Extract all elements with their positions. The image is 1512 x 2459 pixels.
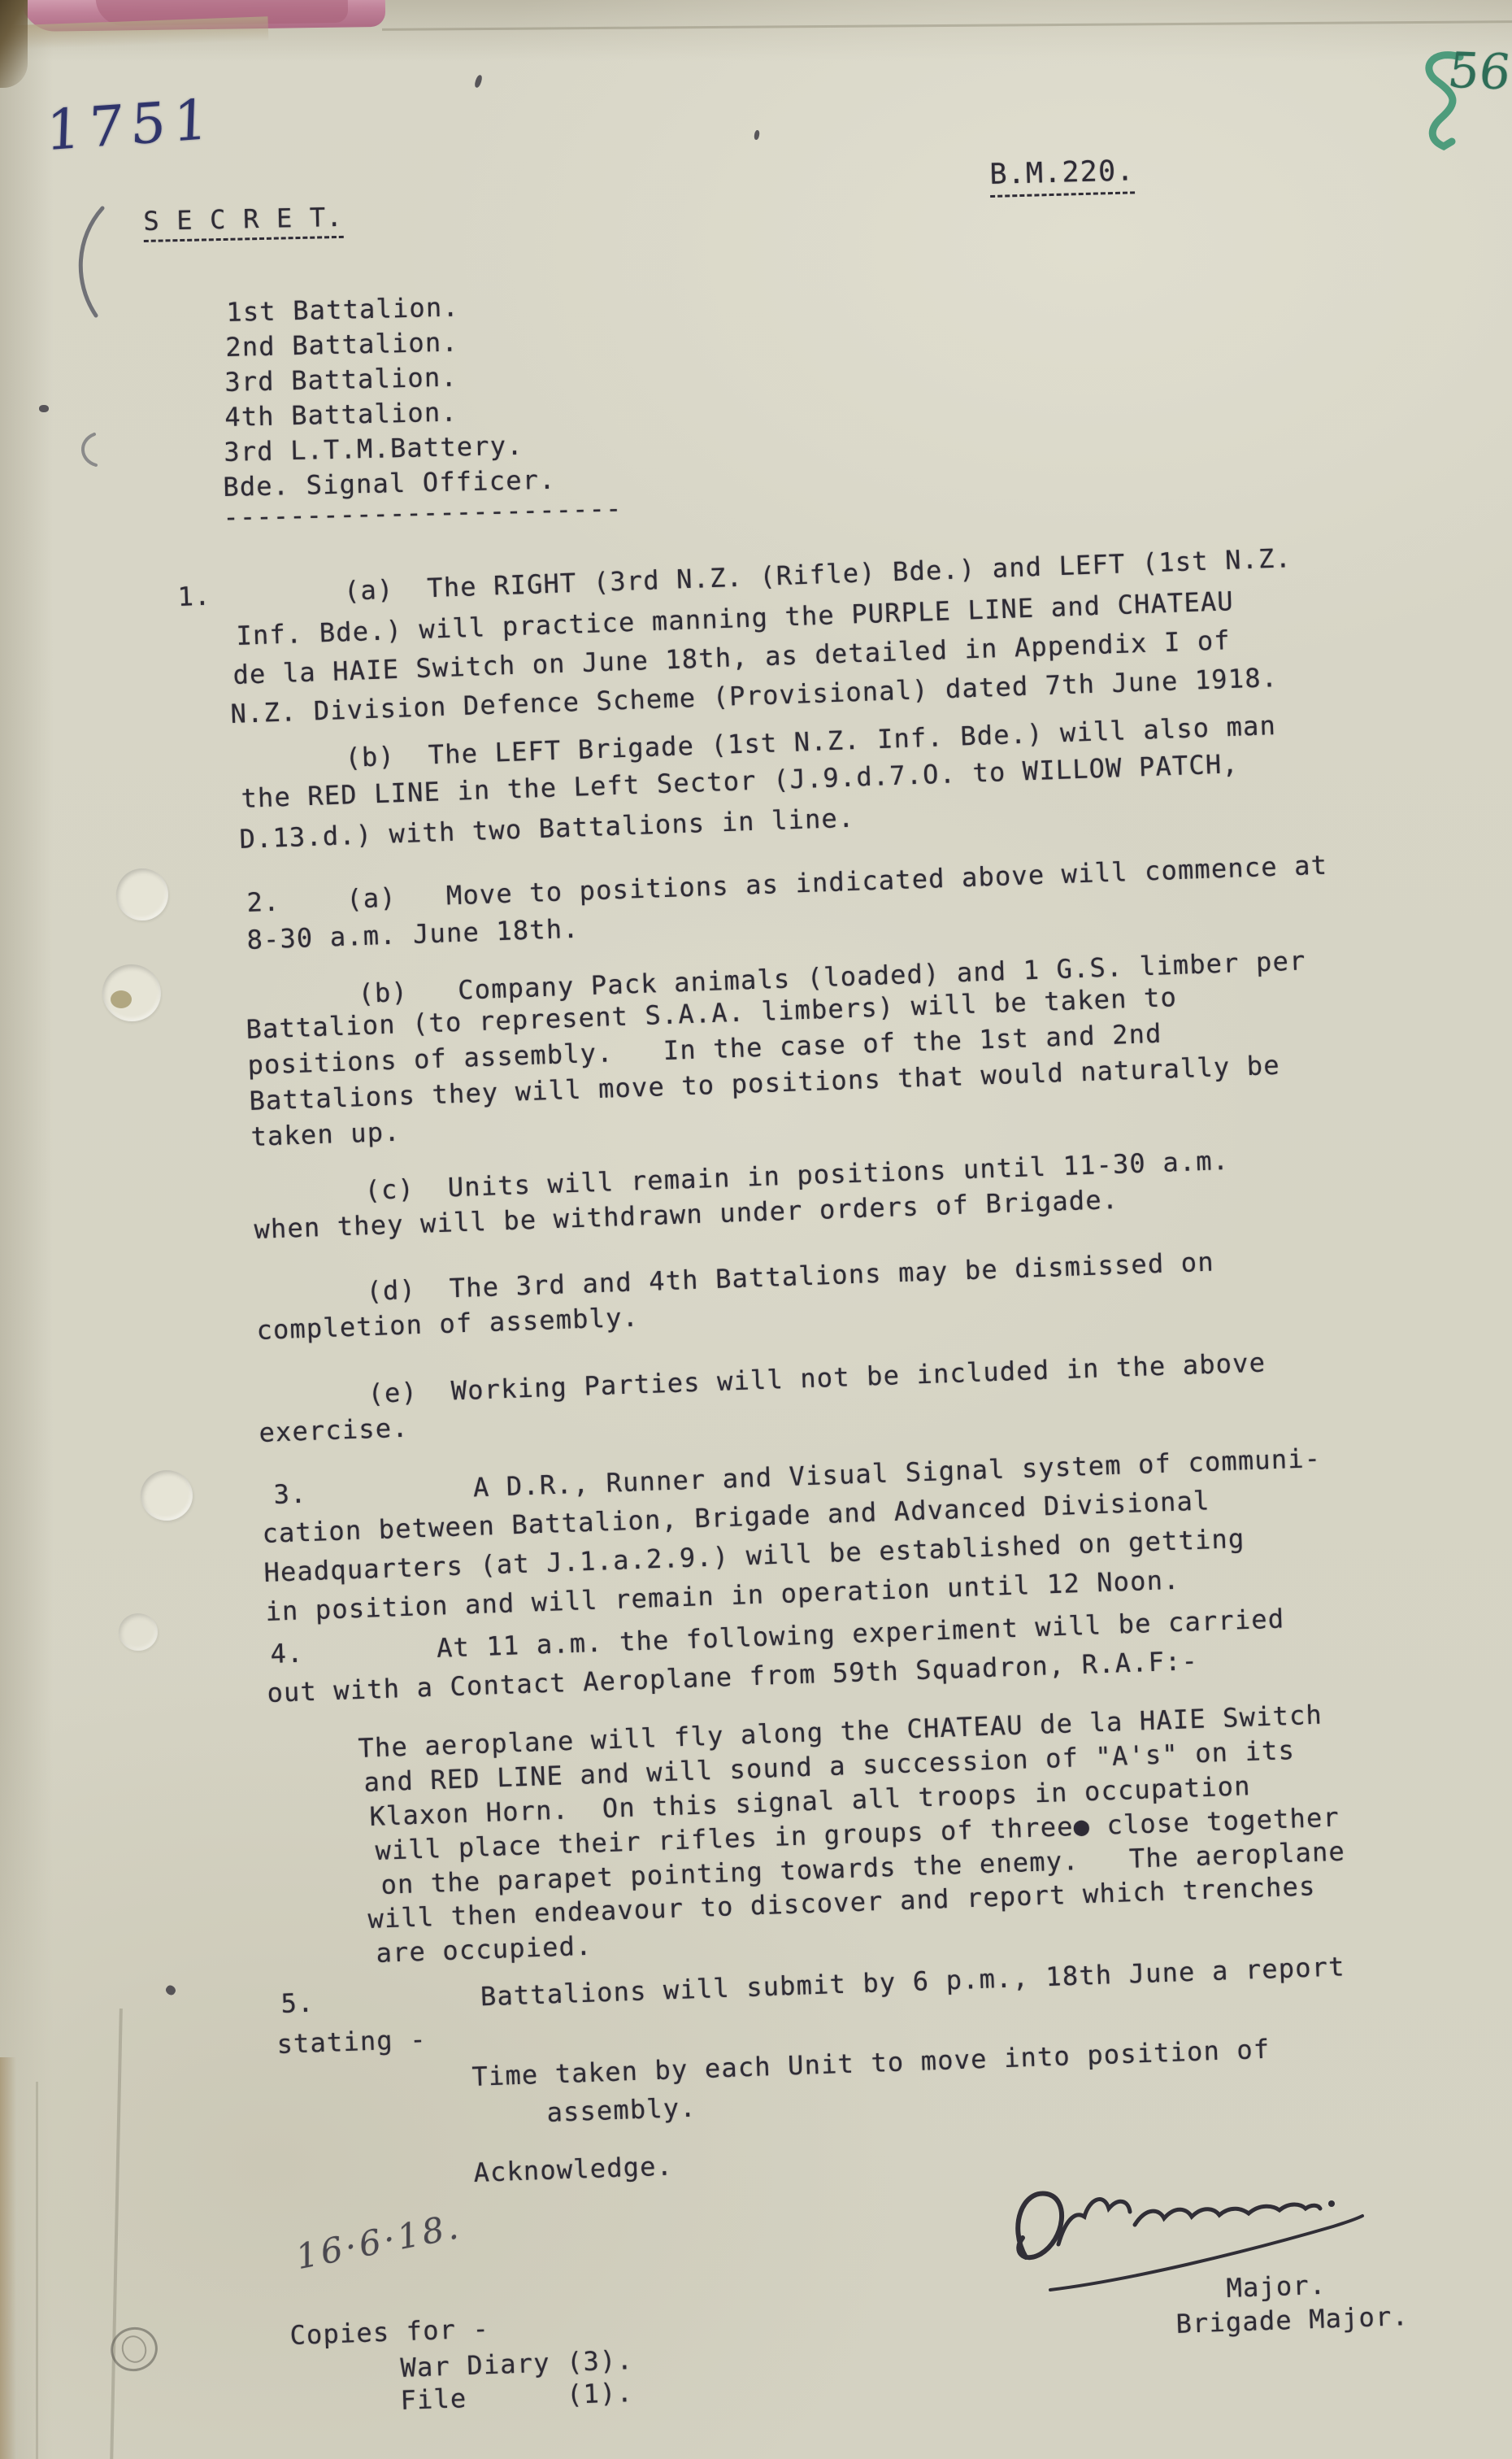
copies-label: Copies for - [289, 2315, 490, 2348]
distribution-4: 4th Battalion. [224, 398, 458, 429]
classification: S E C R E T. [143, 204, 343, 242]
distribution-3: 3rd Battalion. [224, 363, 458, 394]
paper-crease [36, 2082, 38, 2459]
distribution-5: 3rd L.T.M.Battery. [224, 433, 524, 465]
para-5-line-2: stating - [276, 2026, 427, 2057]
distribution-rule: ------------------------ [223, 495, 623, 530]
paper-crease [110, 2009, 123, 2459]
ink-speck [754, 130, 760, 141]
para-2e-line-2: exercise. [259, 1415, 409, 1446]
pen-parenthesis-mark [65, 203, 114, 325]
title: Brigade Major. [1175, 2303, 1409, 2337]
copies-entry-1: War Diary (3). [400, 2347, 633, 2381]
paper-top-edge [382, 20, 1512, 31]
ink-speck [39, 405, 49, 412]
para-5-line-3: Time taken by each Unit to move into pos… [471, 2036, 1271, 2090]
rank: Major. [1226, 2272, 1327, 2301]
distribution-2: 2nd Battalion. [225, 329, 458, 359]
document-page: S E C R E T.B.M.220.1st Battalion.2nd Ba… [0, 0, 1512, 2459]
scan-corner-shadow [0, 0, 28, 88]
punch-hole [141, 1470, 193, 1521]
para-2a-line-2: 8-30 a.m. June 18th. [246, 916, 580, 953]
para-1b-line-3: D.13.d.) with two Battalions in line. [239, 805, 855, 852]
handwritten-date: 16·6·18. [293, 2206, 464, 2277]
copies-entry-2: File (1). [400, 2379, 633, 2413]
para-2d-line-1: (d) The 3rd and 4th Battalions may be di… [366, 1249, 1214, 1304]
paper-left-edge [0, 2057, 16, 2459]
para-2a-line-1: 2. (a) Move to positions as indicated ab… [246, 852, 1328, 916]
distribution-1: 1st Battalion. [226, 294, 459, 324]
ink-speck [474, 74, 484, 88]
para-2b-line-5: taken up. [250, 1119, 401, 1150]
para-2e-line-1: (e) Working Parties will not be included… [367, 1349, 1267, 1407]
pen-hook-mark [75, 431, 104, 472]
signature-d-e-brunner [984, 2161, 1406, 2304]
para-4-body-7: are occupied. [376, 1933, 593, 1966]
handwritten-page-number: 56 [1445, 42, 1512, 101]
acknowledge: Acknowledge. [473, 2152, 674, 2186]
punch-hole [119, 1613, 158, 1651]
reference: B.M.220. [989, 157, 1135, 198]
handwritten-file-number: 1751 [45, 87, 216, 163]
punch-hole [98, 959, 167, 1026]
ink-speck [164, 1983, 177, 1996]
punch-hole [116, 868, 168, 920]
punch-hole-debris [111, 990, 132, 1008]
para-2d-line-2: completion of assembly. [256, 1304, 640, 1343]
para-5-line-4: assembly. [546, 2095, 697, 2126]
